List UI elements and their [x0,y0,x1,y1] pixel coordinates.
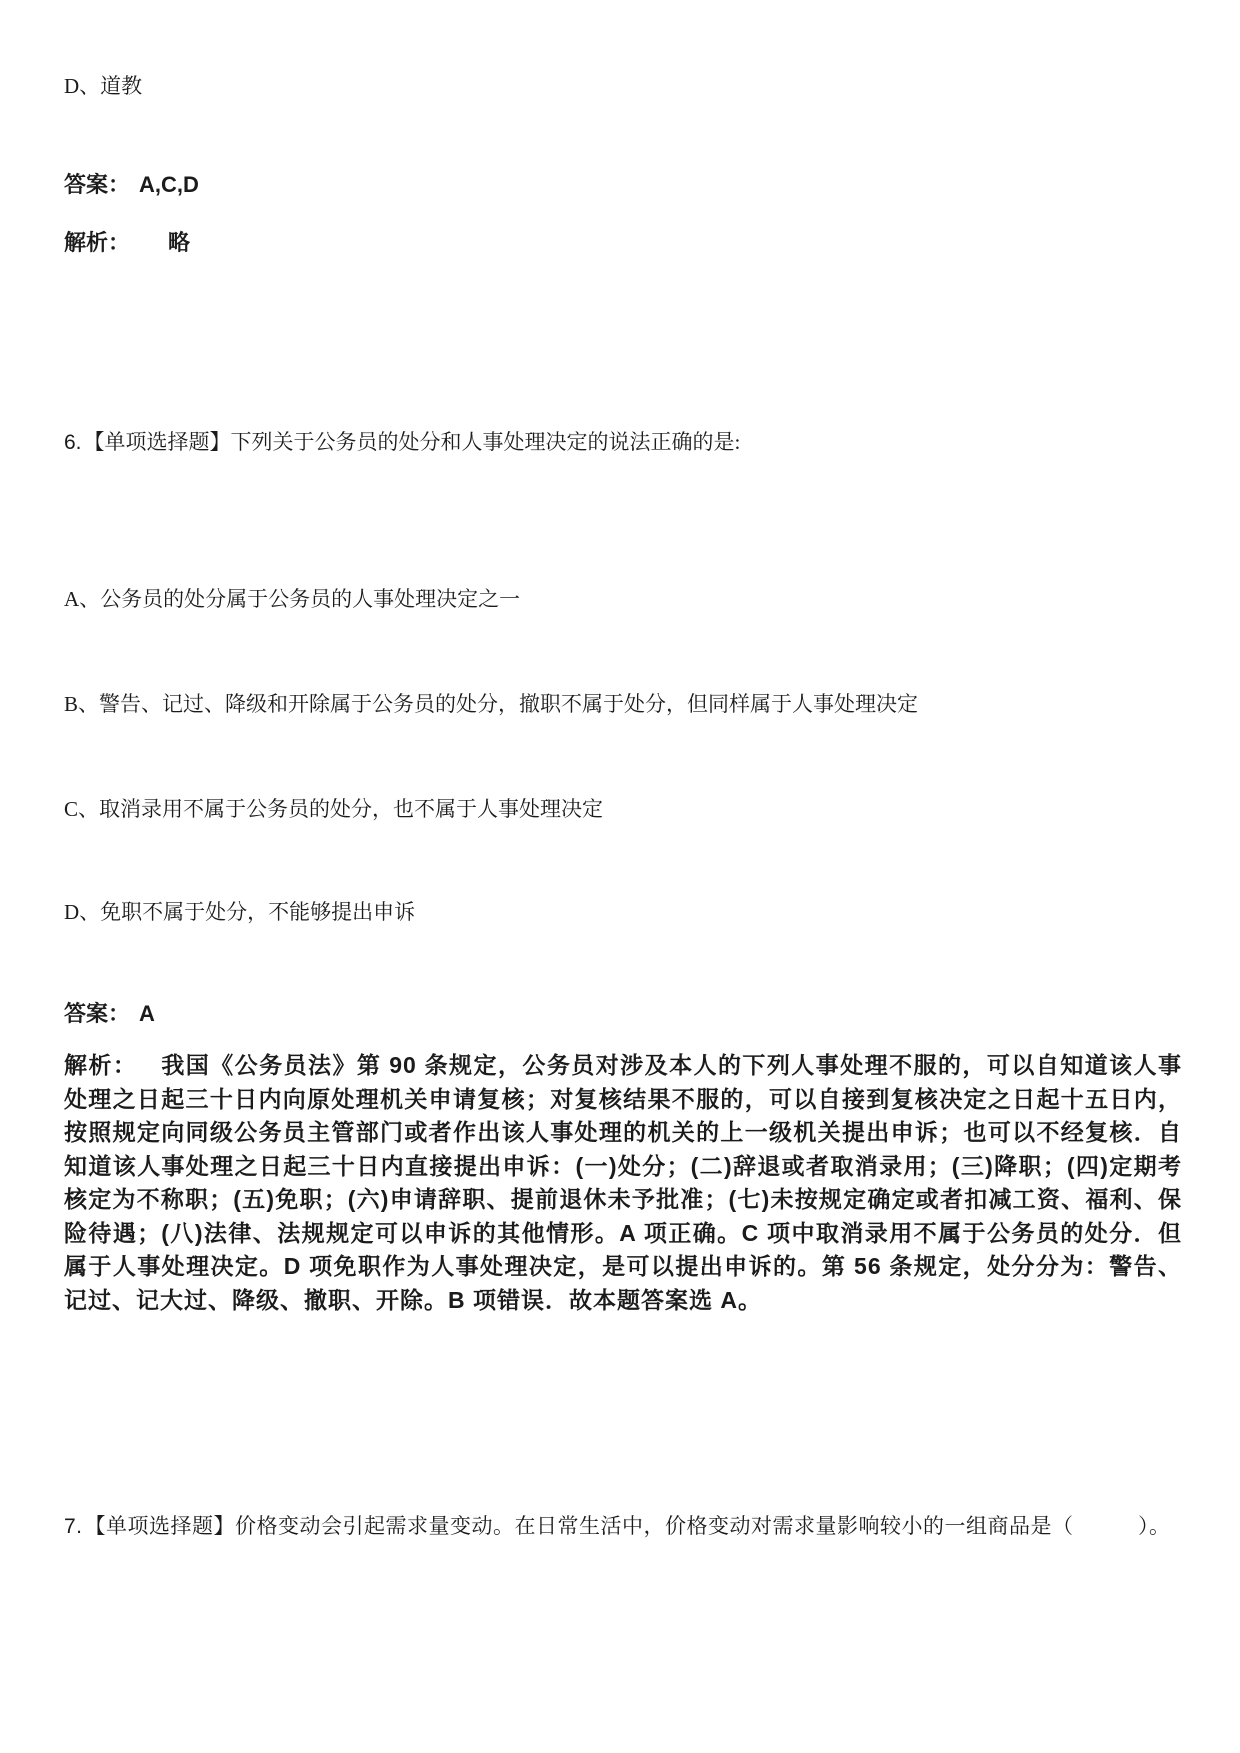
question-7-stem: 价格变动会引起需求量变动。在日常生活中，价格变动对需求量影响较小的一组商品是（ … [235,1514,1171,1538]
question-6-answer-value: A [139,1001,155,1026]
question-6-stem-line: 6.【单项选择题】下列关于公务员的处分和人事处理决定的说法正确的是: [64,427,1182,458]
prev-answer-value: A,C,D [139,172,199,197]
question-6-analysis-label: 解析： [64,1052,137,1078]
question-6-type-tag: 【单项选择题】 [84,430,231,454]
question-6-answer-line: 答案：A [64,999,1182,1029]
question-6-stem: 下列关于公务员的处分和人事处理决定的说法正确的是: [231,430,741,454]
prev-option-d: D、道教 [64,71,1182,101]
question-6-analysis-text: 我国《公务员法》第 90 条规定，公务员对涉及本人的下列人事处理不服的，可以自知… [64,1052,1182,1313]
question-7-number: 7. [64,1515,83,1538]
prev-analysis-label: 解析： [64,230,130,255]
prev-analysis-line: 解析：略 [64,228,1182,258]
question-7-stem-line: 7.【单项选择题】价格变动会引起需求量变动。在日常生活中，价格变动对需求量影响较… [64,1508,1182,1545]
question-6-option-b: B、警告、记过、降级和开除属于公务员的处分，撤职不属于处分，但同样属于人事处理决… [64,689,1182,719]
prev-answer-label: 答案： [64,172,130,197]
question-6-number: 6. [64,431,82,454]
question-6-option-d: D、免职不属于处分，不能够提出申诉 [64,897,1182,927]
question-6-option-a: A、公务员的处分属于公务员的人事处理决定之一 [64,584,1182,614]
question-6-analysis-paragraph: 解析：我国《公务员法》第 90 条规定，公务员对涉及本人的下列人事处理不服的，可… [64,1049,1182,1317]
document-page: D、道教 答案：A,C,D 解析：略 6.【单项选择题】下列关于公务员的处分和人… [0,0,1240,1753]
question-6-answer-label: 答案： [64,1001,130,1026]
question-6-option-c: C、取消录用不属于公务员的处分，也不属于人事处理决定 [64,794,1182,824]
prev-answer-line: 答案：A,C,D [64,170,1182,200]
question-7-type-tag: 【单项选择题】 [85,1514,236,1538]
prev-analysis-value: 略 [168,230,190,255]
